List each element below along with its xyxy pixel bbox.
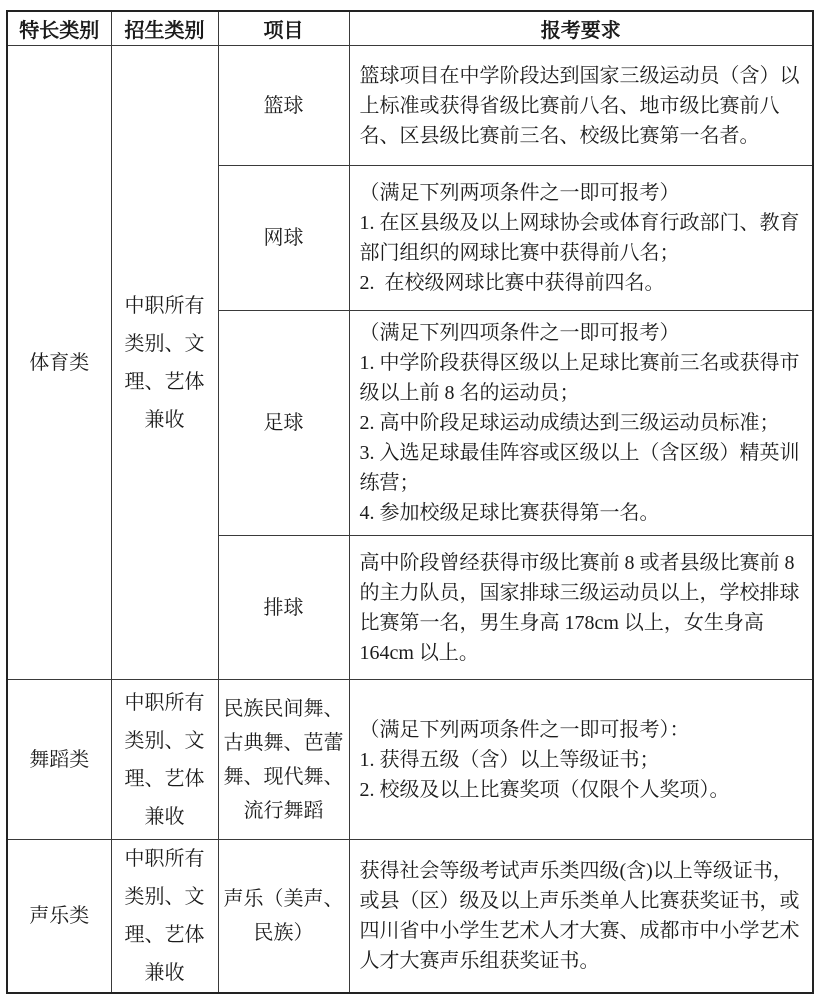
table-row-dance: 舞蹈类 中职所有类别、文理、艺体兼收 民族民间舞、古典舞、芭蕾舞、现代舞、流行舞…	[7, 680, 813, 840]
header-specialty-category: 特长类别	[7, 11, 111, 46]
project-cell-dance: 民族民间舞、古典舞、芭蕾舞、现代舞、流行舞蹈	[218, 680, 349, 840]
header-application-requirements: 报考要求	[349, 11, 813, 46]
requirement-cell-vocal: 获得社会等级考试声乐类四级(含)以上等级证书，或县（区）级及以上声乐类单人比赛获…	[349, 840, 813, 994]
enrollment-cell-vocal: 中职所有类别、文理、艺体兼收	[111, 840, 218, 994]
requirement-cell-volleyball: 高中阶段曾经获得市级比赛前 8 或者县级比赛前 8 的主力队员，国家排球三级运动…	[349, 536, 813, 680]
requirement-cell-basketball: 篮球项目在中学阶段达到国家三级运动员（含）以上标准或获得省级比赛前八名、地市级比…	[349, 46, 813, 166]
table-row-basketball: 体育类 中职所有类别、文理、艺体兼收 篮球 篮球项目在中学阶段达到国家三级运动员…	[7, 46, 813, 166]
requirement-cell-dance: （满足下列两项条件之一即可报考）： 1. 获得五级（含）以上等级证书； 2. 校…	[349, 680, 813, 840]
project-cell-vocal: 声乐（美声、民族）	[218, 840, 349, 994]
enrollment-cell-dance: 中职所有类别、文理、艺体兼收	[111, 680, 218, 840]
project-cell-basketball: 篮球	[218, 46, 349, 166]
project-cell-tennis: 网球	[218, 166, 349, 311]
category-cell-vocal: 声乐类	[7, 840, 111, 994]
project-cell-volleyball: 排球	[218, 536, 349, 680]
requirement-cell-tennis: （满足下列两项条件之一即可报考） 1. 在区县级及以上网球协会或体育行政部门、教…	[349, 166, 813, 311]
enrollment-requirements-table: 特长类别 招生类别 项目 报考要求 体育类 中职所有类别、文理、艺体兼收 篮球 …	[6, 10, 814, 994]
category-cell-sports: 体育类	[7, 46, 111, 680]
header-project: 项目	[218, 11, 349, 46]
requirement-cell-soccer: （满足下列四项条件之一即可报考） 1. 中学阶段获得区级以上足球比赛前三名或获得…	[349, 311, 813, 536]
document-page: 特长类别 招生类别 项目 报考要求 体育类 中职所有类别、文理、艺体兼收 篮球 …	[0, 0, 820, 968]
project-cell-soccer: 足球	[218, 311, 349, 536]
enrollment-cell-sports: 中职所有类别、文理、艺体兼收	[111, 46, 218, 680]
category-cell-dance: 舞蹈类	[7, 680, 111, 840]
table-row-vocal: 声乐类 中职所有类别、文理、艺体兼收 声乐（美声、民族） 获得社会等级考试声乐类…	[7, 840, 813, 994]
header-enrollment-category: 招生类别	[111, 11, 218, 46]
table-header-row: 特长类别 招生类别 项目 报考要求	[7, 11, 813, 46]
